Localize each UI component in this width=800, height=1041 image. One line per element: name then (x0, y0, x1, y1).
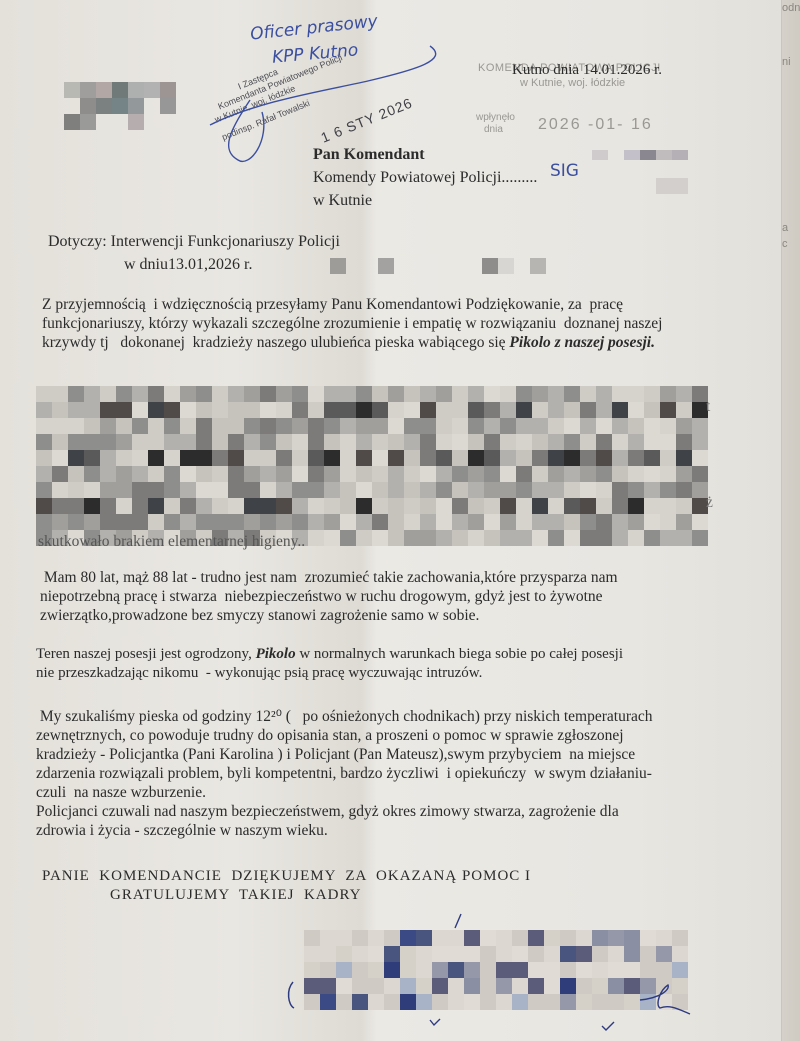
paragraph-line: zdarzenia rozwiązali problem, byli kompe… (36, 765, 652, 784)
paragraph-line: krzywdy tj dokonanej kradzieży naszego u… (42, 334, 655, 353)
paragraph-line: zewnętrznych, co powoduje trudny do opis… (36, 727, 624, 746)
closing-line: PANIE KOMENDANCIE DZIĘKUJEMY ZA OKAZANĄ … (42, 867, 531, 886)
underlying-page-edge (781, 0, 800, 1041)
closing-line: GRATULUJEMY TAKIEJ KADRY (110, 886, 361, 905)
handwritten-reference: SIG (550, 161, 579, 181)
edge-fragment: ni (782, 56, 791, 68)
place-date: Kutno dnia 14.01.2026 r. (512, 61, 662, 80)
paragraph-line: nie przeszkadzając nikomu - wykonując ps… (36, 664, 482, 683)
paragraph-text: krzywdy tj dokonanej kradzieży naszego u… (42, 334, 509, 351)
paragraph-line: Z przyjemnością i wdzięcznością przesyła… (42, 296, 623, 315)
subject-line: Dotyczy: Interwencji Funkcjonariuszy Pol… (48, 233, 340, 252)
paragraph-line: niepotrzebną pracę i stwarza niebezpiecz… (40, 588, 603, 607)
incoming-stamp-label: wpłynęło (476, 112, 515, 123)
incoming-stamp-label: dnia (484, 124, 503, 135)
edge-fragment: odn (782, 2, 800, 14)
redacted-edge-letter: t (706, 398, 710, 417)
edge-fragment: c (782, 238, 788, 250)
paragraph-line: funkcjonariuszy, którzy wykazali szczegó… (42, 315, 662, 334)
edge-fragment: a (782, 222, 788, 234)
recipient-city: w Kutnie (313, 192, 372, 211)
paragraph-text: w normalnych warunkach biega sobie po ca… (296, 646, 623, 662)
paragraph-line: Policjanci czuwali nad naszym bezpieczeń… (36, 803, 619, 822)
paragraph-line: Mam 80 lat, mąż 88 lat - trudno jest nam… (40, 569, 618, 588)
recipient-title: Pan Komendant (313, 146, 425, 165)
paragraph-line: zwierzątko,prowadzone bez smyczy stanowi… (40, 607, 479, 626)
dog-name-emphasis: Pikolo (256, 646, 296, 662)
incoming-stamp-date: 2026 -01- 16 (538, 116, 653, 134)
paragraph-text: Teren naszej posesji jest ogrodzony, (36, 646, 256, 662)
dog-name-emphasis: Pikolo z naszej posesji. (509, 334, 655, 351)
paragraph-line: czuli na nasze wzburzenie. (36, 784, 206, 803)
redacted-edge-letter: ż (706, 494, 713, 513)
paragraph-line: zdrowia i życia - szczególnie w naszym w… (36, 822, 328, 841)
paragraph-line: My szukaliśmy pieska od godziny 12²⁰ ( p… (36, 708, 653, 727)
paragraph-line: kradzieży - Policjantka (Pani Karolina )… (36, 746, 635, 765)
paragraph-line: Teren naszej posesji jest ogrodzony, Pik… (36, 645, 623, 664)
redacted-paragraph-tail: skutkowało brakiem elementarnej higieny.… (38, 533, 305, 552)
recipient-office: Komendy Powiatowej Policji......... (313, 169, 537, 188)
subject-date: w dniu13.01,2026 r. (124, 256, 252, 275)
